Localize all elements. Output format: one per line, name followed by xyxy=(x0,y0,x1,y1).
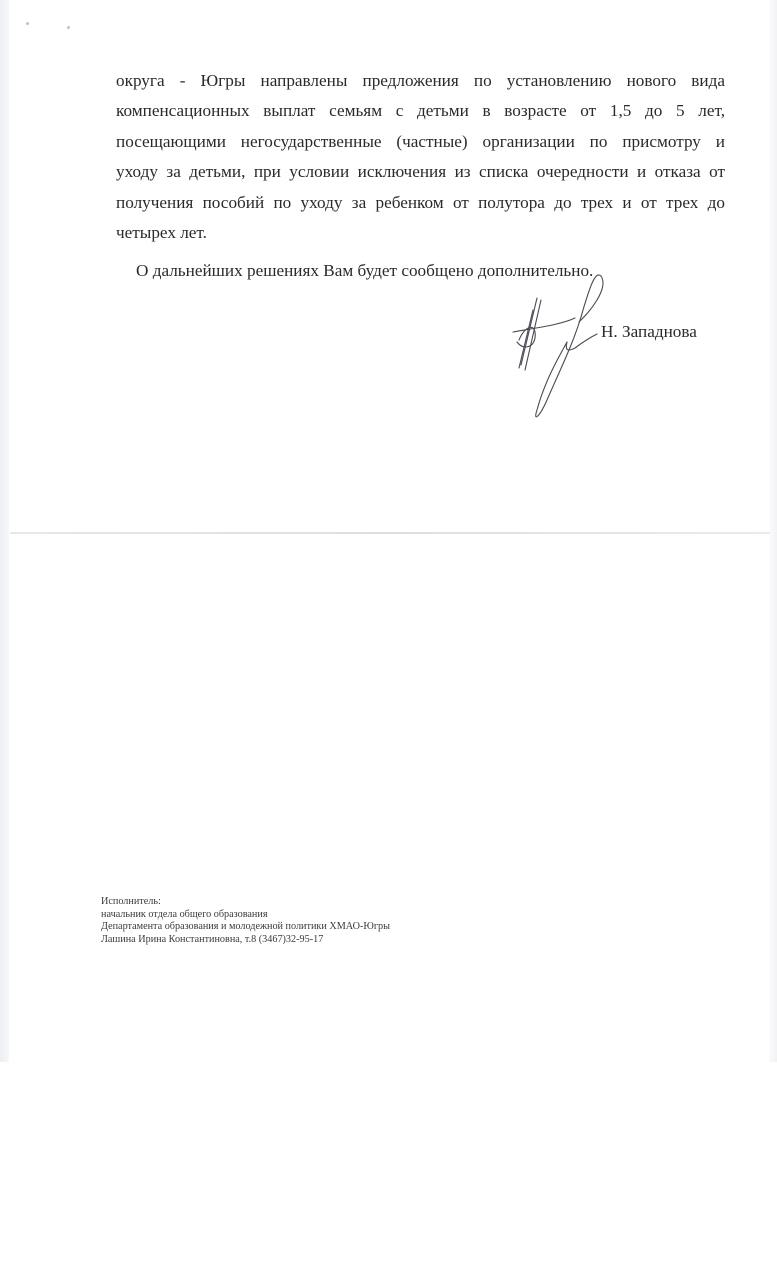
executor-heading: Исполнитель: xyxy=(101,896,390,909)
scan-right-edge xyxy=(769,0,777,1062)
executor-position: начальник отдела общего образования xyxy=(101,909,390,922)
handwritten-signature-icon xyxy=(505,270,615,430)
body-line: уходу за детьми, при условии исключения … xyxy=(116,157,725,187)
body-line: округа - Югры направлены предложения по … xyxy=(116,66,725,96)
body-line: четырех лет. xyxy=(116,218,725,248)
page-fold-line xyxy=(10,532,770,534)
scan-speck xyxy=(26,22,29,25)
scanned-page: округа - Югры направлены предложения по … xyxy=(0,0,777,1062)
signer-name: Н. Западнова xyxy=(601,317,697,347)
executor-contact: Лашина Ирина Константиновна, т.8 (3467)3… xyxy=(101,934,390,947)
body-line: компенсационных выплат семьям с детьми в… xyxy=(116,96,725,126)
scan-speck xyxy=(67,26,70,29)
body-line: получения пособий по уходу за ребенком о… xyxy=(116,188,725,218)
executor-block: Исполнитель: начальник отдела общего обр… xyxy=(101,896,390,946)
scan-left-edge xyxy=(0,0,9,1062)
executor-department: Департамента образования и молодежной по… xyxy=(101,921,390,934)
body-line: посещающими негосударственные (частные) … xyxy=(116,127,725,157)
letter-body-paragraph: округа - Югры направлены предложения по … xyxy=(116,66,725,248)
